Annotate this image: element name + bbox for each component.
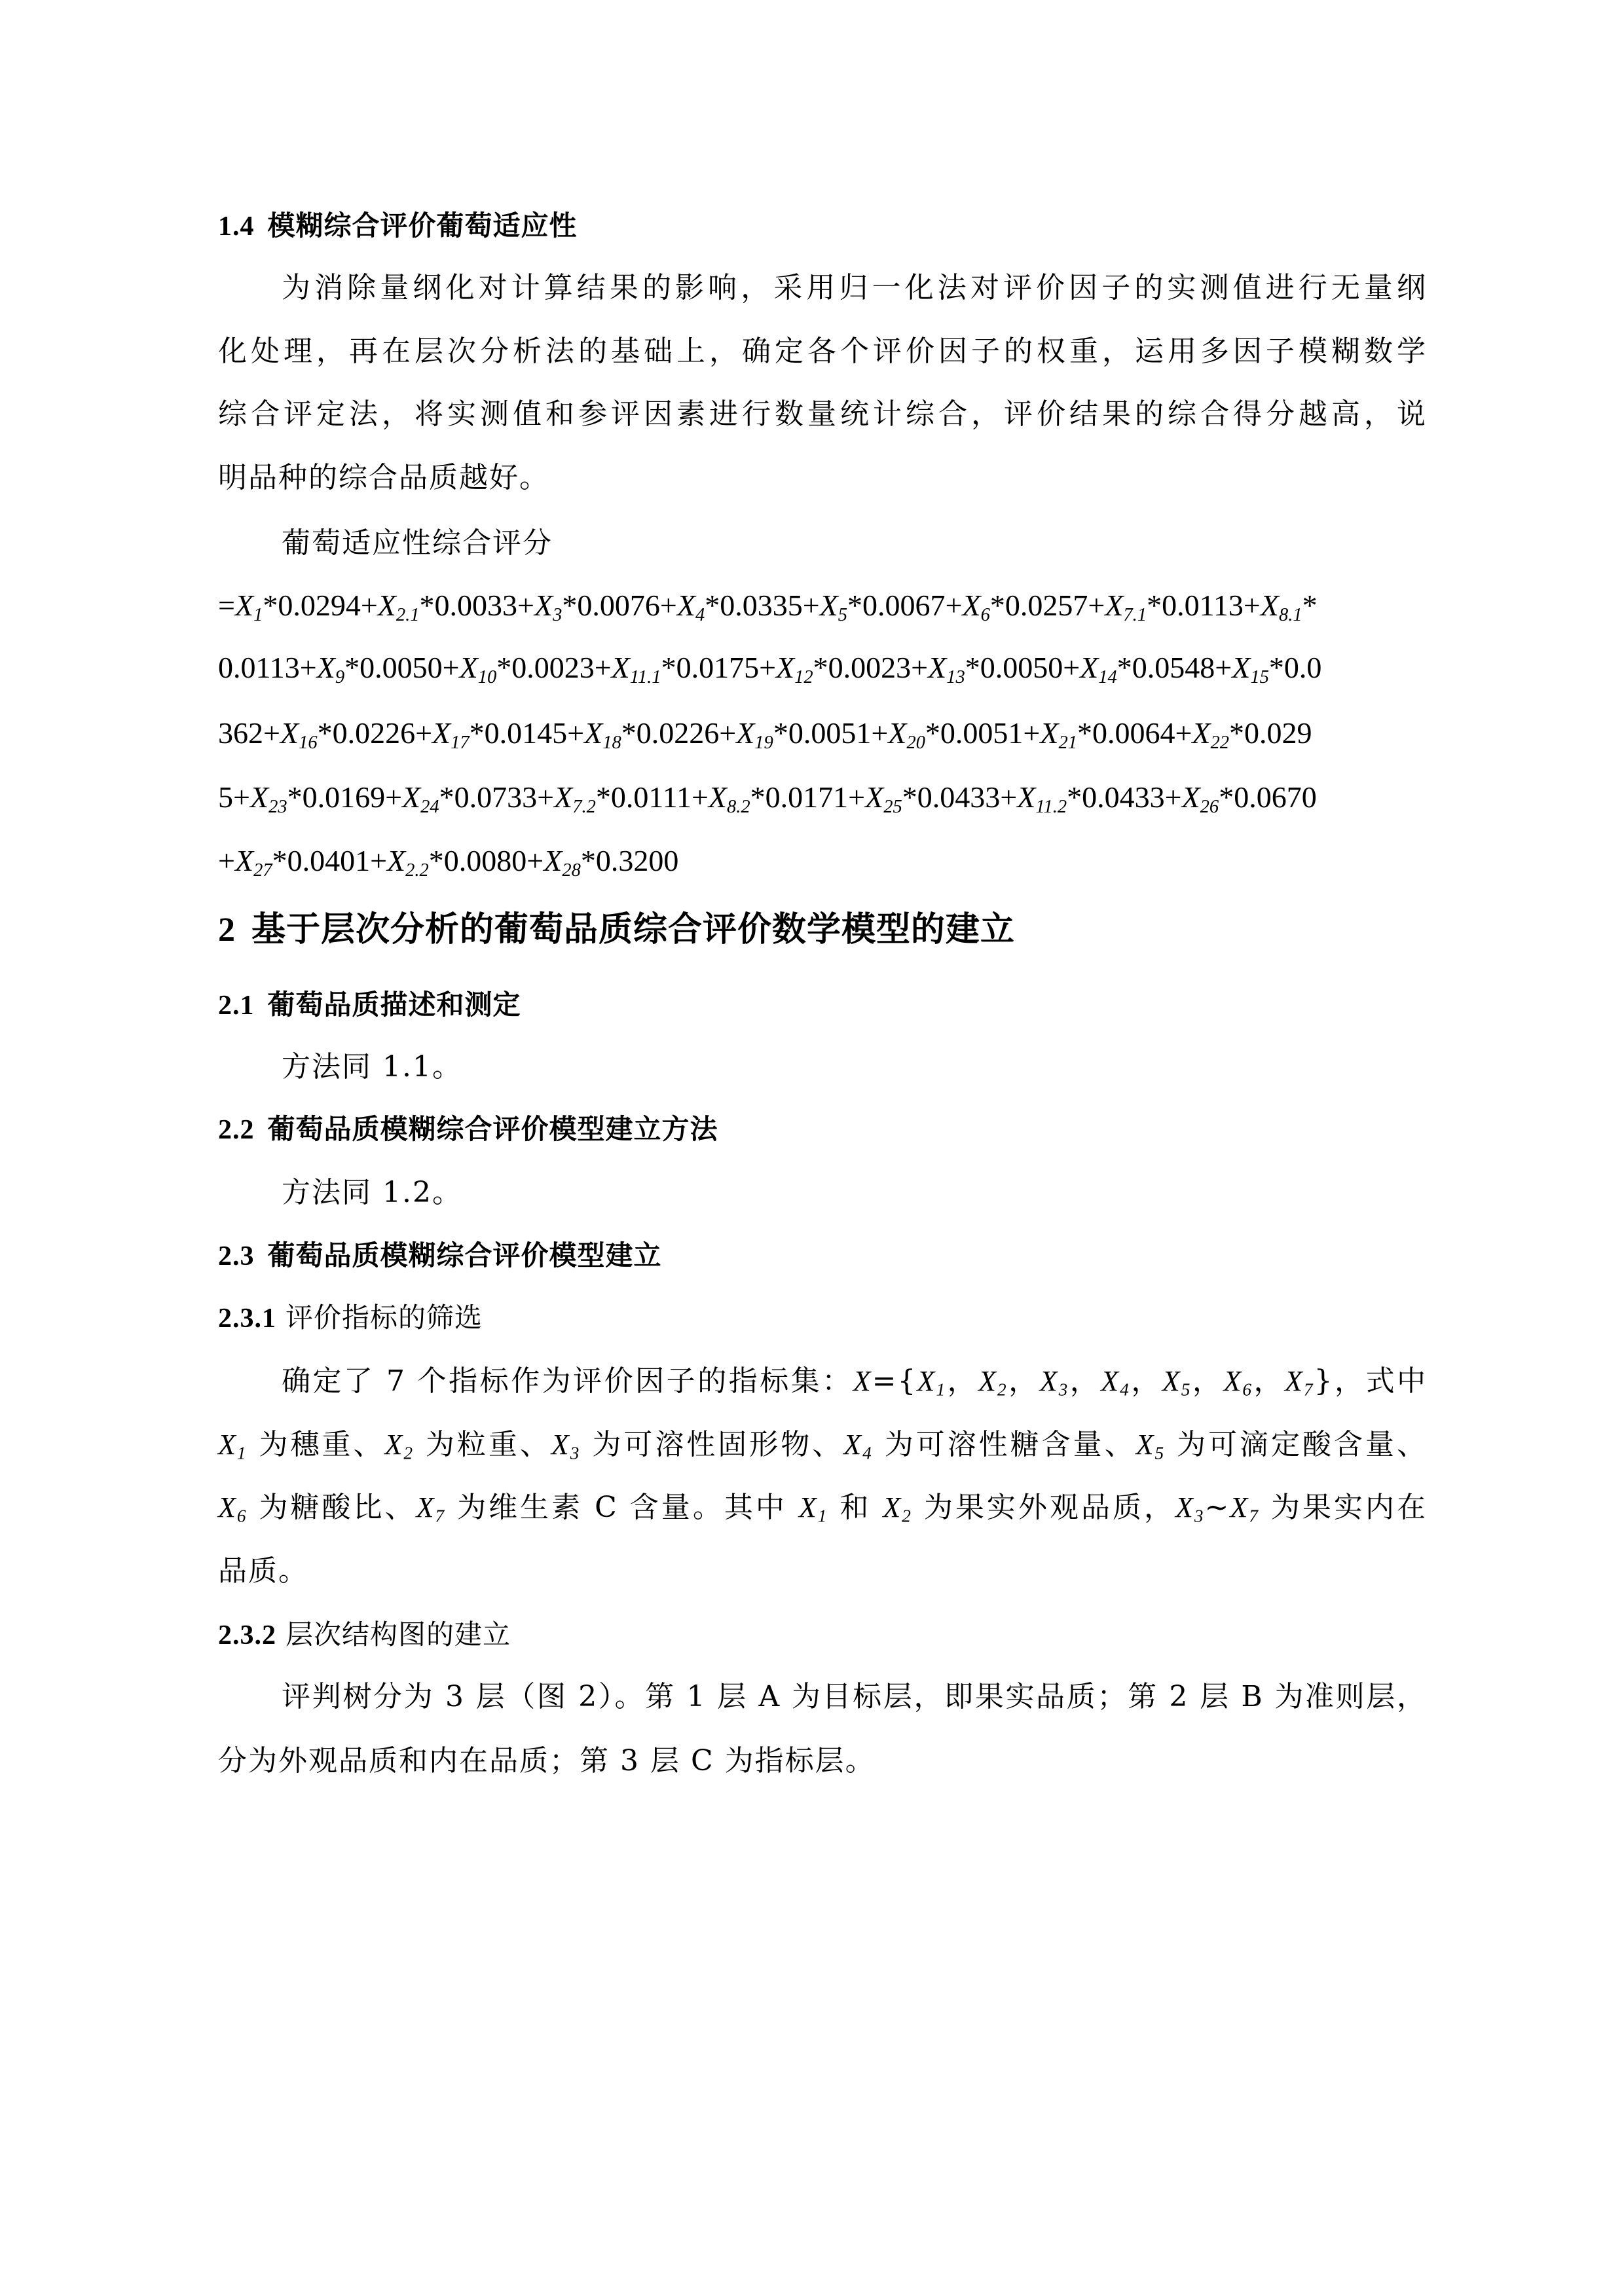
section-title: 模糊综合评价葡萄适应性 [268, 210, 578, 242]
math-variable: X5 [1136, 1429, 1166, 1461]
math-variable: X2.2 [387, 844, 429, 877]
math-variable: X9 [317, 651, 344, 684]
math-variable: X1 [799, 1491, 828, 1523]
formula-line: +X27*0.0401+X2.2*0.0080+X28*0.3200 [218, 841, 1427, 881]
math-variable: X10 [460, 651, 497, 684]
document-page: 1.4模糊综合评价葡萄适应性 为消除量纲化对计算结果的影响，采用归一化法对评价因… [0, 0, 1624, 2296]
math-variable: X28 [544, 844, 581, 877]
paragraph-line: 确定了 7 个指标作为评价因子的指标集：X={X1，X2，X3，X4，X5，X6… [282, 1362, 1427, 1401]
section-title: 基于层次分析的葡萄品质综合评价数学模型的建立 [251, 910, 1015, 949]
math-variable: X1 [218, 1429, 248, 1461]
section-number: 2.3 [218, 1241, 255, 1271]
section-heading-2: 2基于层次分析的葡萄品质综合评价数学模型的建立 [218, 907, 1427, 953]
math-variable: X5 [1162, 1365, 1192, 1397]
section-heading-2-3-1: 2.3.1评价指标的筛选 [218, 1298, 1427, 1338]
formula-label: 葡萄适应性综合评分 [282, 524, 1427, 563]
section-number: 2.3.1 [218, 1303, 276, 1334]
math-variable: X27 [235, 844, 272, 877]
paragraph-line: X6 为糖酸比、X7 为维生素 C 含量。其中 X1 和 X2 为果实外观品质，… [218, 1488, 1427, 1527]
math-variable: X15 [1232, 651, 1269, 684]
section-title: 层次结构图的建立 [286, 1618, 511, 1650]
paragraph-line: 评判树分为 3 层（图 2）。第 1 层 A 为目标层，即果实品质；第 2 层 … [282, 1677, 1427, 1717]
paragraph-line: 分为外观品质和内在品质；第 3 层 C 为指标层。 [218, 1741, 1427, 1781]
section-number: 1.4 [218, 211, 255, 242]
paragraph-line: 方法同 1.2。 [282, 1173, 1427, 1212]
math-variable: X17 [432, 716, 470, 750]
section-number: 2.2 [218, 1115, 255, 1145]
math-variable: X1 [235, 589, 263, 622]
math-variable: X4 [843, 1429, 873, 1461]
math-variable: X4 [1101, 1365, 1130, 1397]
math-variable: X12 [776, 651, 813, 684]
math-variable: X3 [1175, 1491, 1205, 1523]
math-variable: X26 [1182, 780, 1219, 814]
math-variable: X24 [402, 780, 439, 814]
math-variable: X2 [384, 1429, 414, 1461]
section-heading-1-4: 1.4模糊综合评价葡萄适应性 [218, 206, 1427, 246]
math-variable: X14 [1080, 651, 1117, 684]
math-variable: X7.1 [1105, 589, 1147, 622]
paragraph-line: 明品种的综合品质越好。 [218, 458, 1427, 498]
math-variable: X1 [917, 1365, 947, 1397]
formula-line: 0.0113+X9*0.0050+X10*0.0023+X11.1*0.0175… [218, 648, 1427, 687]
section-title: 葡萄品质模糊综合评价模型建立 [268, 1239, 662, 1271]
math-variable: X2.1 [378, 589, 420, 622]
math-variable: X [853, 1365, 872, 1397]
math-variable: X8.2 [709, 780, 750, 814]
section-heading-2-1: 2.1葡萄品质描述和测定 [218, 985, 1427, 1025]
math-variable: X4 [677, 589, 705, 622]
section-heading-2-2: 2.2葡萄品质模糊综合评价模型建立方法 [218, 1110, 1427, 1149]
paragraph-line: 方法同 1.1。 [282, 1048, 1427, 1087]
section-title: 葡萄品质模糊综合评价模型建立方法 [268, 1113, 718, 1145]
math-variable: X6 [962, 589, 989, 622]
section-number: 2 [218, 911, 236, 949]
formula-line: =X1*0.0294+X2.1*0.0033+X3*0.0076+X4*0.03… [218, 586, 1427, 625]
math-variable: X2 [883, 1491, 912, 1523]
math-variable: X13 [928, 651, 965, 684]
math-variable: X20 [888, 716, 925, 750]
paragraph-line: X1 为穗重、X2 为粒重、X3 为可溶性固形物、X4 为可溶性糖含量、X5 为… [218, 1425, 1427, 1465]
section-title: 评价指标的筛选 [286, 1302, 483, 1334]
math-variable: X6 [1223, 1365, 1253, 1397]
paragraph-line: 化处理，再在层次分析法的基础上，确定各个评价因子的权重，运用多因子模糊数学 [218, 332, 1427, 371]
formula-line: 5+X23*0.0169+X24*0.0733+X7.2*0.0111+X8.2… [218, 778, 1427, 817]
math-variable: X3 [534, 589, 562, 622]
math-variable: X18 [584, 716, 621, 750]
math-variable: X25 [865, 780, 902, 814]
math-variable: X19 [736, 716, 773, 750]
math-variable: X3 [1040, 1365, 1069, 1397]
section-title: 葡萄品质描述和测定 [268, 989, 521, 1021]
math-variable: X6 [218, 1491, 248, 1523]
math-variable: X11.1 [612, 651, 661, 684]
math-variable: X7 [416, 1491, 446, 1523]
math-variable: X7 [1285, 1365, 1314, 1397]
section-number: 2.3.2 [218, 1620, 276, 1650]
paragraph-line: 为消除量纲化对计算结果的影响，采用归一化法对评价因子的实测值进行无量纲 [282, 268, 1427, 308]
paragraph-line: 综合评定法，将实测值和参评因素进行数量统计综合，评价结果的综合得分越高，说 [218, 395, 1427, 434]
math-variable: X21 [1040, 716, 1077, 750]
math-variable: X11.2 [1017, 780, 1067, 814]
math-variable: X8.1 [1261, 589, 1302, 622]
section-number: 2.1 [218, 991, 255, 1021]
paragraph-line: 品质。 [218, 1552, 1427, 1591]
math-variable: X2 [978, 1365, 1008, 1397]
math-variable: X3 [551, 1429, 581, 1461]
math-variable: X7 [1230, 1491, 1259, 1523]
math-variable: X5 [820, 589, 847, 622]
section-heading-2-3-2: 2.3.2层次结构图的建立 [218, 1615, 1427, 1654]
math-variable: X22 [1192, 716, 1229, 750]
formula-line: 362+X16*0.0226+X17*0.0145+X18*0.0226+X19… [218, 714, 1427, 753]
math-variable: X16 [280, 716, 318, 750]
math-variable: X7.2 [554, 780, 596, 814]
math-variable: X23 [250, 780, 287, 814]
section-heading-2-3: 2.3葡萄品质模糊综合评价模型建立 [218, 1236, 1427, 1275]
